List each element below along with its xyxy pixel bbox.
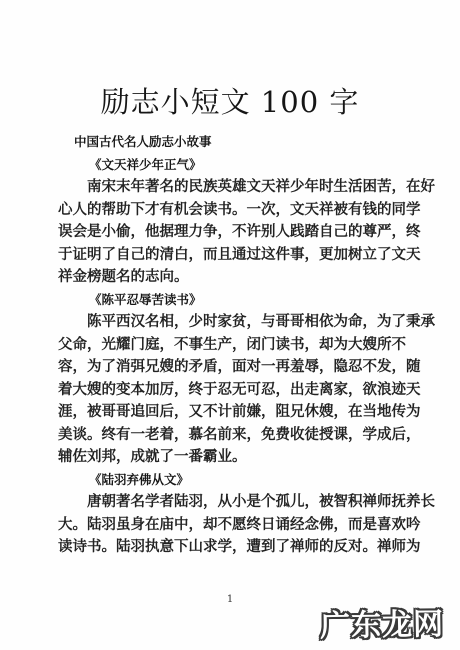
text-line: 南宋末年著名的民族英雄文天祥少年时生活困苦，在好 bbox=[58, 176, 436, 199]
text-line: 着大嫂的变本加厉，终于忍无可忍，出走离家，欲浪迹天 bbox=[58, 379, 436, 402]
text-line: 唐朝著名学者陆羽，从小是个孤儿，被智积禅师抚养长 bbox=[58, 491, 436, 514]
watermark-guangdong-long-net: 广东龙网 bbox=[320, 599, 445, 645]
article-body: 中国古代名人励志小故事 《文天祥少年正气》 南宋末年著名的民族英雄文天祥少年时生… bbox=[58, 131, 436, 559]
text-line: 祥金榜题名的志向。 bbox=[58, 266, 436, 289]
text-line: 辅佐刘邦，成就了一番霸业。 bbox=[58, 446, 436, 469]
story-1-subtitle: 《文天祥少年正气》 bbox=[58, 154, 436, 177]
text-line: 美谈。终有一老着，慕名前来，免费收徒授课，学成后， bbox=[58, 424, 436, 447]
text-line: 于证明了自己的清白，而且通过这件事，更加树立了文天 bbox=[58, 244, 436, 267]
text-line: 心人的帮助下才有机会读书。一次，文天祥被有钱的同学 bbox=[58, 199, 436, 222]
text-line: 陈平西汉名相，少时家贫，与哥哥相依为命，为了秉承 bbox=[58, 311, 436, 334]
article-heading: 中国古代名人励志小故事 bbox=[58, 131, 436, 154]
text-line: 读诗书。陆羽执意下山求学，遭到了禅师的反对。禅师为 bbox=[58, 536, 436, 559]
document-title: 励志小短文 100 字 bbox=[0, 80, 460, 121]
text-line: 涯，被哥哥追回后，又不计前嫌，阻兄休嫂，在当地传为 bbox=[58, 401, 436, 424]
story-2-subtitle: 《陈平忍辱苦读书》 bbox=[58, 289, 436, 312]
text-line: 大。陆羽虽身在庙中，却不愿终日诵经念佛，而是喜欢吟 bbox=[58, 514, 436, 537]
story-3-subtitle: 《陆羽弃佛从文》 bbox=[58, 469, 436, 492]
document-page: 励志小短文 100 字 中国古代名人励志小故事 《文天祥少年正气》 南宋末年著名… bbox=[0, 0, 460, 650]
text-line: 误会是小偷，他据理力争，不许别人践踏自己的尊严，终 bbox=[58, 221, 436, 244]
text-line: 容，为了消弭兄嫂的矛盾，面对一再羞辱，隐忍不发，随 bbox=[58, 356, 436, 379]
text-line: 父命，光耀门庭，不事生产，闭门读书，却为大嫂所不 bbox=[58, 334, 436, 357]
